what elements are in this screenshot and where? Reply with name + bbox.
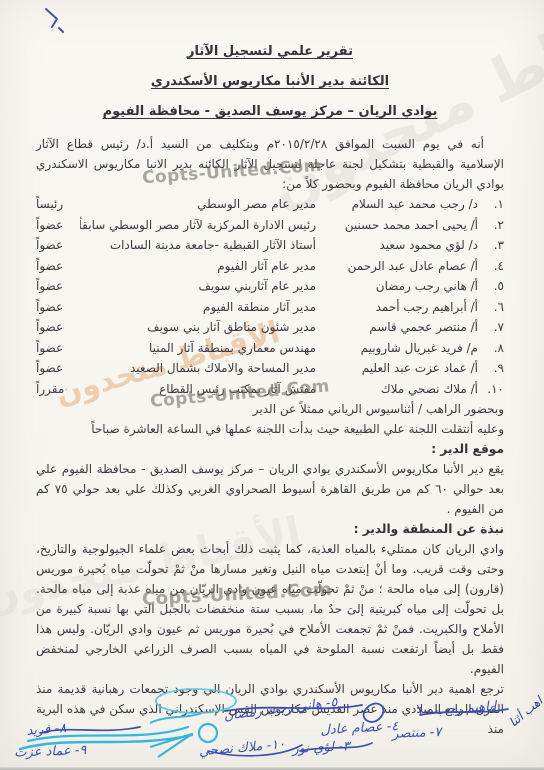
handwritten-signature: ٨- فريد: [26, 721, 67, 739]
member-name: أ/ منتصر عجمي قاسم: [316, 317, 478, 338]
committee-member-row: ١٠. أ/ ملاك نصحي ملاك مفتش آثار بمكتب رئ…: [36, 379, 504, 400]
committee-member-row: ٧. أ/ منتصر عجمي قاسم مدير شئون مناطق آث…: [36, 317, 504, 338]
member-capacity: عضواً: [36, 276, 80, 297]
member-capacity: عضواً: [36, 338, 80, 359]
member-capacity: عضواً: [36, 235, 80, 256]
member-capacity: عضواً: [36, 358, 80, 379]
scanned-report-page: الأقباط متحدون الأقباط متحدون الأقباط مت…: [0, 0, 544, 770]
report-title: تقرير علمي لتسجيل الآثار: [36, 44, 504, 59]
member-number: ١٠.: [478, 379, 504, 400]
signatures-area: اباهيم رجب - ٦ ٥- هاني رجب رمضان ٤- عصام…: [0, 685, 544, 770]
member-role: أستاذ الآثار القبطية -جامعة مدينة السادا…: [80, 235, 316, 256]
member-name: أ/ يحيى احمد محمد حسنين: [316, 215, 478, 236]
committee-list: ١. د/ رجب محمد عبد السلام مدير عام مصر ا…: [36, 194, 504, 399]
member-name: أ/ عماد عزت عبد العليم: [316, 358, 478, 379]
committee-member-row: ١. د/ رجب محمد عبد السلام مدير عام مصر ا…: [36, 194, 504, 215]
member-number: ٧.: [478, 317, 504, 338]
location-section-body: يقع دير الأنبا مكاريوس الأسكندري بوادي ا…: [36, 459, 504, 519]
member-role: مدير آثار منطقة الفيوم: [80, 297, 316, 318]
member-name: أ/ أبراهيم رجب أحمد: [316, 297, 478, 318]
member-number: ١.: [478, 194, 504, 215]
member-name: د/ لؤي محمود سعيد: [316, 235, 478, 256]
monk-presence-line: وبحضور الراهب / أثناسيوس الرياني ممثلاً …: [36, 399, 504, 419]
member-number: ٢.: [478, 215, 504, 236]
handwritten-signature: ٣- لؤي نور: [292, 739, 350, 757]
member-name: د/ رجب محمد عبد السلام: [316, 194, 478, 215]
monastery-title: الكائنة بدير الأنبا مكاريوس الأسكندري: [36, 74, 504, 89]
member-capacity: عضواً: [36, 317, 80, 338]
member-capacity: رئيساً: [36, 194, 80, 215]
location-title: بوادي الريان – مركز يوسف الصديق - محافظة…: [36, 104, 504, 119]
member-role: مفتش آثار بمكتب رئيس القطاع: [80, 379, 316, 400]
committee-member-row: ٨. م/ فريد غبريال شاروبيم مهندس معماري ب…: [36, 338, 504, 359]
member-role: رئيس الادارة المركزية لآثار مصر الوسطي س…: [80, 215, 316, 236]
location-section-heading: موقع الدير :: [36, 440, 504, 459]
member-number: ٨.: [478, 338, 504, 359]
committee-start-line: وعليه أنتقلت اللجنة علي الطبيعة حيث بدأت…: [36, 419, 504, 439]
member-role: مدير المساحة والاملاك بشمال الصعيد: [80, 358, 316, 379]
member-capacity: عضواً: [36, 297, 80, 318]
member-capacity: عضواً: [36, 215, 80, 236]
member-capacity: مقرراً: [36, 379, 80, 400]
member-role: مهندس معماري بمنطقة آثار المنيا: [80, 338, 316, 359]
member-number: ٥.: [478, 276, 504, 297]
member-number: ٦.: [478, 297, 504, 318]
member-name: أ/ هاني رجب رمضان: [316, 276, 478, 297]
member-role: مدير عام آثاربني سويف: [80, 276, 316, 297]
about-section-body: وادي الريان كان ممتليء بالمياه العذبة، ك…: [36, 539, 504, 679]
member-number: ٣.: [478, 235, 504, 256]
committee-member-row: ٤. أ/ عصام عادل عبد الرحمن مدير عام آثار…: [36, 256, 504, 277]
committee-member-row: ٦. أ/ أبراهيم رجب أحمد مدير آثار منطقة ا…: [36, 297, 504, 318]
intro-paragraph: أنه في يوم السبت الموافق ٢٠١٥/٢/٢٨م وبتك…: [36, 134, 504, 194]
handwritten-signature: ٩- عماد عزت: [14, 743, 87, 761]
document-body: تقرير علمي لتسجيل الآثار الكائنة بدير ال…: [36, 44, 504, 739]
member-number: ٩.: [478, 358, 504, 379]
committee-member-row: ٥. أ/ هاني رجب رمضان مدير عام آثاربني سو…: [36, 276, 504, 297]
committee-member-row: ٢. أ/ يحيى احمد محمد حسنين رئيس الادارة …: [36, 215, 504, 236]
member-capacity: عضواً: [36, 256, 80, 277]
handwritten-signature: ٧- منتصر: [392, 725, 442, 742]
member-name: م/ فريد غبريال شاروبيم: [316, 338, 478, 359]
member-name: أ/ عصام عادل عبد الرحمن: [316, 256, 478, 277]
committee-member-row: ٣. د/ لؤي محمود سعيد أستاذ الآثار القبطي…: [36, 235, 504, 256]
member-role: مدير عام مصر الوسطي: [80, 194, 316, 215]
pen-tick-mark: [42, 6, 68, 34]
member-number: ٤.: [478, 256, 504, 277]
member-role: مدير شئون مناطق آثار بني سويف: [80, 317, 316, 338]
member-role: مدير عام آثار الفيوم: [80, 256, 316, 277]
committee-member-row: ٩. أ/ عماد عزت عبد العليم مدير المساحة و…: [36, 358, 504, 379]
about-section-heading: نبذة عن المنطقة والدير :: [36, 520, 504, 539]
member-name: أ/ ملاك نصحي ملاك: [316, 379, 478, 400]
